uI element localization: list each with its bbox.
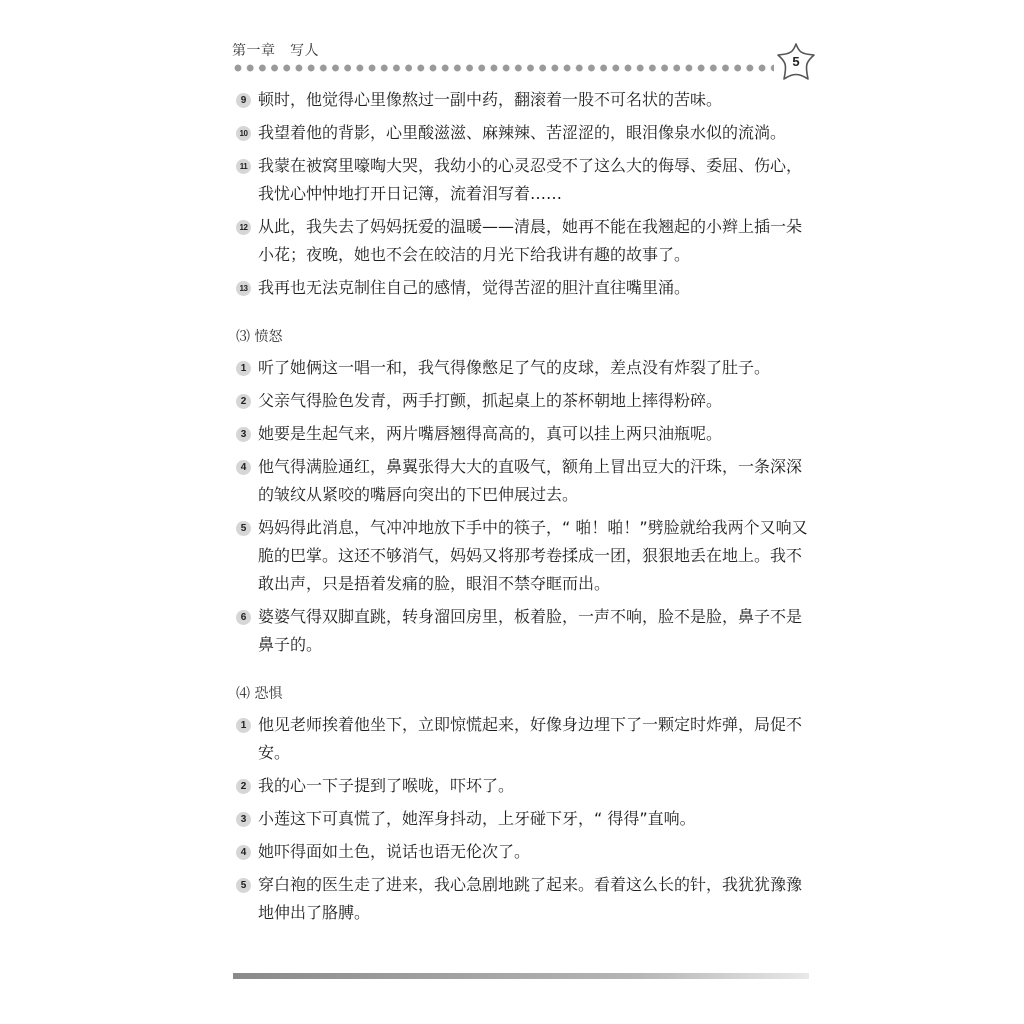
list-item: 4她吓得面如土色，说话也语无伦次了。 <box>236 838 808 866</box>
section-heading: ⑷ 恐惧 <box>236 683 808 705</box>
item-number-badge: 2 <box>236 394 251 409</box>
list-item: 11我蒙在被窝里嚎啕大哭，我幼小的心灵忍受不了这么大的侮辱、委屈、伤心，我忧心忡… <box>236 152 808 208</box>
list-item: 3小莲这下可真慌了，她浑身抖动，上牙碰下牙，“ 得得”直响。 <box>236 805 808 833</box>
item-text: 顿时，他觉得心里像熬过一副中药，翻滚着一股不可名状的苦味。 <box>258 90 722 109</box>
item-number-badge: 1 <box>236 718 251 733</box>
list-item: 5穿白袍的医生走了进来，我心急剧地跳了起来。看着这么长的针，我犹犹豫豫地伸出了胳… <box>236 871 808 927</box>
chapter-title: 第一章 写人 <box>232 40 319 60</box>
item-number-badge: 5 <box>236 878 251 893</box>
list-item: 13我再也无法克制住自己的感情，觉得苦涩的胆汁直往嘴里涌。 <box>236 274 808 302</box>
item-text: 我的心一下子提到了喉咙，吓坏了。 <box>258 776 514 795</box>
item-text: 我再也无法克制住自己的感情，觉得苦涩的胆汁直往嘴里涌。 <box>258 278 690 297</box>
item-number-badge: 3 <box>236 427 251 442</box>
list-item: 6婆婆气得双脚直跳，转身溜回房里，板着脸，一声不响，脸不是脸，鼻子不是鼻子的。 <box>236 603 808 659</box>
item-text: 从此，我失去了妈妈抚爱的温暖——清晨，她再不能在我翘起的小辫上插一朵小花；夜晚，… <box>258 217 802 264</box>
page-number: 5 <box>774 54 818 69</box>
section-heading: ⑶ 愤怒 <box>236 326 808 348</box>
list-item: 5妈妈得此消息，气冲冲地放下手中的筷子，“ 啪！啪！”劈脸就给我两个又响又脆的巴… <box>236 514 808 598</box>
item-number-badge: 2 <box>236 779 251 794</box>
list-item: 4他气得满脸通红，鼻翼张得大大的直吸气，额角上冒出豆大的汗珠，一条深深的皱纹从紧… <box>236 453 808 509</box>
item-text: 穿白袍的医生走了进来，我心急剧地跳了起来。看着这么长的针，我犹犹豫豫地伸出了胳膊… <box>258 875 802 922</box>
item-number-badge: 12 <box>236 220 251 235</box>
item-number-badge: 5 <box>236 521 251 536</box>
section-anger: ⑶ 愤怒 1听了她俩这一唱一和，我气得像憋足了气的皮球，差点没有炸裂了肚子。 2… <box>236 326 808 659</box>
item-number-badge: 10 <box>236 126 251 141</box>
list-item: 9顿时，他觉得心里像熬过一副中药，翻滚着一股不可名状的苦味。 <box>236 86 808 114</box>
item-text: 父亲气得脸色发青，两手打颤，抓起桌上的茶杯朝地上摔得粉碎。 <box>258 391 722 410</box>
item-number-badge: 3 <box>236 812 251 827</box>
item-text: 听了她俩这一唱一和，我气得像憋足了气的皮球，差点没有炸裂了肚子。 <box>258 358 770 377</box>
item-number-badge: 13 <box>236 281 251 296</box>
item-text: 我望着他的背影，心里酸滋滋、麻辣辣、苦涩涩的，眼泪像泉水似的流淌。 <box>258 123 786 142</box>
item-number-badge: 4 <box>236 845 251 860</box>
section-sadness-continued: 9顿时，他觉得心里像熬过一副中药，翻滚着一股不可名状的苦味。 10我望着他的背影… <box>236 86 808 302</box>
item-text: 他见老师挨着他坐下，立即惊慌起来，好像身边埋下了一颗定时炸弹，局促不安。 <box>258 715 802 762</box>
section-fear: ⑷ 恐惧 1他见老师挨着他坐下，立即惊慌起来，好像身边埋下了一颗定时炸弹，局促不… <box>236 683 808 927</box>
item-number-badge: 4 <box>236 460 251 475</box>
item-number-badge: 6 <box>236 610 251 625</box>
list-item: 2我的心一下子提到了喉咙，吓坏了。 <box>236 772 808 800</box>
list-item: 3她要是生起气来，两片嘴唇翘得高高的，真可以挂上两只油瓶呢。 <box>236 420 808 448</box>
item-number-badge: 1 <box>236 361 251 376</box>
item-text: 妈妈得此消息，气冲冲地放下手中的筷子，“ 啪！啪！”劈脸就给我两个又响又脆的巴掌… <box>258 518 808 593</box>
item-text: 婆婆气得双脚直跳，转身溜回房里，板着脸，一声不响，脸不是脸，鼻子不是鼻子的。 <box>258 607 802 654</box>
item-number-badge: 9 <box>236 93 251 108</box>
dotted-divider <box>234 64 774 72</box>
list-item: 1他见老师挨着他坐下，立即惊慌起来，好像身边埋下了一颗定时炸弹，局促不安。 <box>236 711 808 767</box>
page-content: 9顿时，他觉得心里像熬过一副中药，翻滚着一股不可名状的苦味。 10我望着他的背影… <box>236 86 808 932</box>
page-number-badge: 5 <box>774 42 818 82</box>
list-item: 12从此，我失去了妈妈抚爱的温暖——清晨，她再不能在我翘起的小辫上插一朵小花；夜… <box>236 213 808 269</box>
item-number-badge: 11 <box>236 159 251 174</box>
item-text: 他气得满脸通红，鼻翼张得大大的直吸气，额角上冒出豆大的汗珠，一条深深的皱纹从紧咬… <box>258 457 802 504</box>
footer-gradient-bar <box>233 973 809 979</box>
item-text: 我蒙在被窝里嚎啕大哭，我幼小的心灵忍受不了这么大的侮辱、委屈、伤心，我忧心忡忡地… <box>258 156 802 203</box>
list-item: 1听了她俩这一唱一和，我气得像憋足了气的皮球，差点没有炸裂了肚子。 <box>236 354 808 382</box>
list-item: 2父亲气得脸色发青，两手打颤，抓起桌上的茶杯朝地上摔得粉碎。 <box>236 387 808 415</box>
item-text: 她要是生起气来，两片嘴唇翘得高高的，真可以挂上两只油瓶呢。 <box>258 424 722 443</box>
item-text: 小莲这下可真慌了，她浑身抖动，上牙碰下牙，“ 得得”直响。 <box>258 809 696 828</box>
item-text: 她吓得面如土色，说话也语无伦次了。 <box>258 842 530 861</box>
list-item: 10我望着他的背影，心里酸滋滋、麻辣辣、苦涩涩的，眼泪像泉水似的流淌。 <box>236 119 808 147</box>
